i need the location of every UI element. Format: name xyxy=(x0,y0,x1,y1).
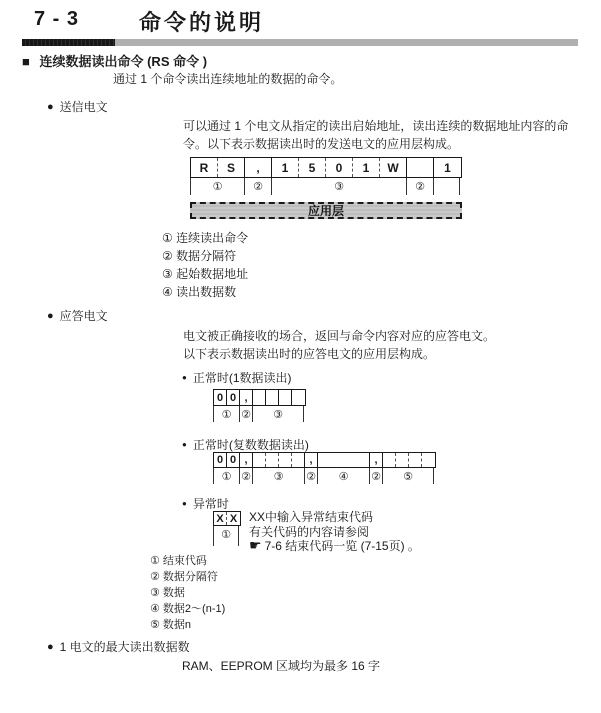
header-divider-dark xyxy=(22,39,115,46)
message-label: ② xyxy=(239,468,252,484)
reply-message-label: 应答电文 xyxy=(60,309,108,323)
message-cell: S xyxy=(218,158,245,177)
normal-single-heading: ●正常时(1数据读出) xyxy=(182,370,292,386)
message-label: ③ xyxy=(252,468,304,484)
message-cell xyxy=(292,390,305,405)
message-cell: , xyxy=(305,453,318,467)
normal-multi-heading: ●正常时(复数数据读出) xyxy=(182,437,309,453)
max-read-heading: ●1 电文的最大读出数据数 xyxy=(47,640,190,655)
send-message-label: 送信电文 xyxy=(60,100,108,114)
message-cell xyxy=(279,453,292,467)
message-cell: R xyxy=(191,158,218,177)
normal-multi-label: 正常时(复数数据读出) xyxy=(193,438,309,452)
legend-item: ③ 数据 xyxy=(150,586,225,600)
message-cell xyxy=(292,453,305,467)
message-cell: , xyxy=(240,390,253,405)
max-read-label: 1 电文的最大读出数据数 xyxy=(60,640,190,654)
message-label: ① xyxy=(213,468,239,484)
normal-single-label: 正常时(1数据读出) xyxy=(193,371,292,385)
message-label: ① xyxy=(213,406,239,422)
header-divider-gray xyxy=(115,39,578,46)
message-cell: 0 xyxy=(214,390,227,405)
message-cell: W xyxy=(380,158,407,177)
error-reference-line: ☛7-6 结束代码一览 (7-15页) 。 xyxy=(249,538,420,553)
message-cell xyxy=(253,390,266,405)
normal-single-table: 00,①②③ xyxy=(213,389,306,422)
reply-paragraph-line2: 以下表示数据读出时的应答电文的应用层构成。 xyxy=(183,347,435,362)
command-description: 通过 1 个命令读出连续地址的数据的命令。 xyxy=(113,72,342,87)
message-cell: 1 xyxy=(353,158,380,177)
message-cell: 0 xyxy=(326,158,353,177)
message-label: ② xyxy=(244,178,271,195)
message-cell: 0 xyxy=(227,390,240,405)
bullet-icon: ● xyxy=(182,499,187,508)
reply-paragraph-line1: 电文被正确接收的场合，返回与命令内容对应的应答电文。 xyxy=(183,329,495,344)
send-legend: ① 连续读出命令 ② 数据分隔符 ③ 起始数据地址 ④ 读出数据数 xyxy=(162,231,248,303)
send-paragraph-line1: 可以通过 1 个电文从指定的读出启始地址，读出连续的数据地址内容的命 xyxy=(183,119,568,134)
send-message-table: RS,1501W1①②③② xyxy=(190,157,462,195)
legend-item: ④ 读出数据数 xyxy=(162,285,248,300)
message-cell: X xyxy=(214,512,227,525)
message-cell xyxy=(253,453,266,467)
message-label: ② xyxy=(239,406,252,422)
message-label: ③ xyxy=(252,406,304,422)
message-cell: 5 xyxy=(299,158,326,177)
message-label: ② xyxy=(369,468,382,484)
reply-legend: ① 结束代码 ② 数据分隔符 ③ 数据 ④ 数据2～(n-1) ⑤ 数据n xyxy=(150,554,225,634)
message-label: ④ xyxy=(317,468,369,484)
pointing-hand-icon: ☛ xyxy=(249,537,262,553)
max-read-value: RAM、EEPROM 区域均为最多 16 字 xyxy=(182,659,380,674)
bullet-icon: ● xyxy=(47,310,54,322)
message-label: ① xyxy=(213,526,239,546)
message-cell xyxy=(266,453,279,467)
message-cell: , xyxy=(240,453,253,467)
message-cell: , xyxy=(370,453,383,467)
message-label: ② xyxy=(406,178,433,195)
bullet-icon: ● xyxy=(47,641,54,653)
reference-text: 7-6 结束代码一览 (7-15页) 。 xyxy=(265,539,420,553)
message-cell: , xyxy=(245,158,272,177)
message-cell xyxy=(407,158,434,177)
message-label: ② xyxy=(304,468,317,484)
message-cell xyxy=(396,453,409,467)
message-label xyxy=(433,178,460,195)
message-cell xyxy=(422,453,435,467)
message-cell: 0 xyxy=(227,453,240,467)
message-label: ③ xyxy=(271,178,406,195)
bullet-icon: ● xyxy=(182,373,187,382)
message-cell xyxy=(279,390,292,405)
message-cell xyxy=(266,390,279,405)
message-cell: X xyxy=(227,512,240,525)
message-label: ① xyxy=(190,178,244,195)
page-title: 命令的说明 xyxy=(139,6,264,37)
legend-item: ③ 起始数据地址 xyxy=(162,267,248,282)
message-cell: 1 xyxy=(434,158,461,177)
reply-message-heading: ●应答电文 xyxy=(47,309,108,324)
bullet-icon: ● xyxy=(47,101,54,113)
send-message-heading: ●送信电文 xyxy=(47,100,108,115)
message-cell xyxy=(409,453,422,467)
normal-multi-table: 00,,,①②③②④②⑤ xyxy=(213,452,436,484)
bullet-icon: ● xyxy=(182,440,187,449)
command-section-heading: ■ 连续数据读出命令 (RS 命令 ) xyxy=(22,54,207,69)
legend-item: ② 数据分隔符 xyxy=(150,570,225,584)
page-section-number: 7 - 3 xyxy=(34,8,79,31)
message-cell: 0 xyxy=(214,453,227,467)
error-table: XX① xyxy=(213,511,241,546)
error-note-line1: XX中输入异常结束代码 xyxy=(249,510,373,524)
message-cell xyxy=(318,453,370,467)
legend-item: ① 连续读出命令 xyxy=(162,231,248,246)
legend-item: ⑤ 数据n xyxy=(150,618,225,632)
application-layer-bar: 应用层 xyxy=(190,202,462,219)
send-paragraph-line2: 令。以下表示数据读出时的发送电文的应用层构成。 xyxy=(183,137,459,152)
legend-item: ② 数据分隔符 xyxy=(162,249,248,264)
legend-item: ① 结束代码 xyxy=(150,554,225,568)
error-label: 异常时 xyxy=(193,497,229,511)
black-square-icon: ■ xyxy=(22,54,30,69)
manual-page: 7 - 3 命令的说明 ■ 连续数据读出命令 (RS 命令 ) 通过 1 个命令… xyxy=(0,0,601,713)
message-label: ⑤ xyxy=(382,468,434,484)
message-cell: 1 xyxy=(272,158,299,177)
command-section-title: 连续数据读出命令 (RS 命令 ) xyxy=(39,54,207,69)
error-heading: ●异常时 xyxy=(182,496,229,512)
message-cell xyxy=(383,453,396,467)
legend-item: ④ 数据2～(n-1) xyxy=(150,602,225,616)
error-note-line2: 有关代码的内容请参阅 xyxy=(249,525,369,539)
